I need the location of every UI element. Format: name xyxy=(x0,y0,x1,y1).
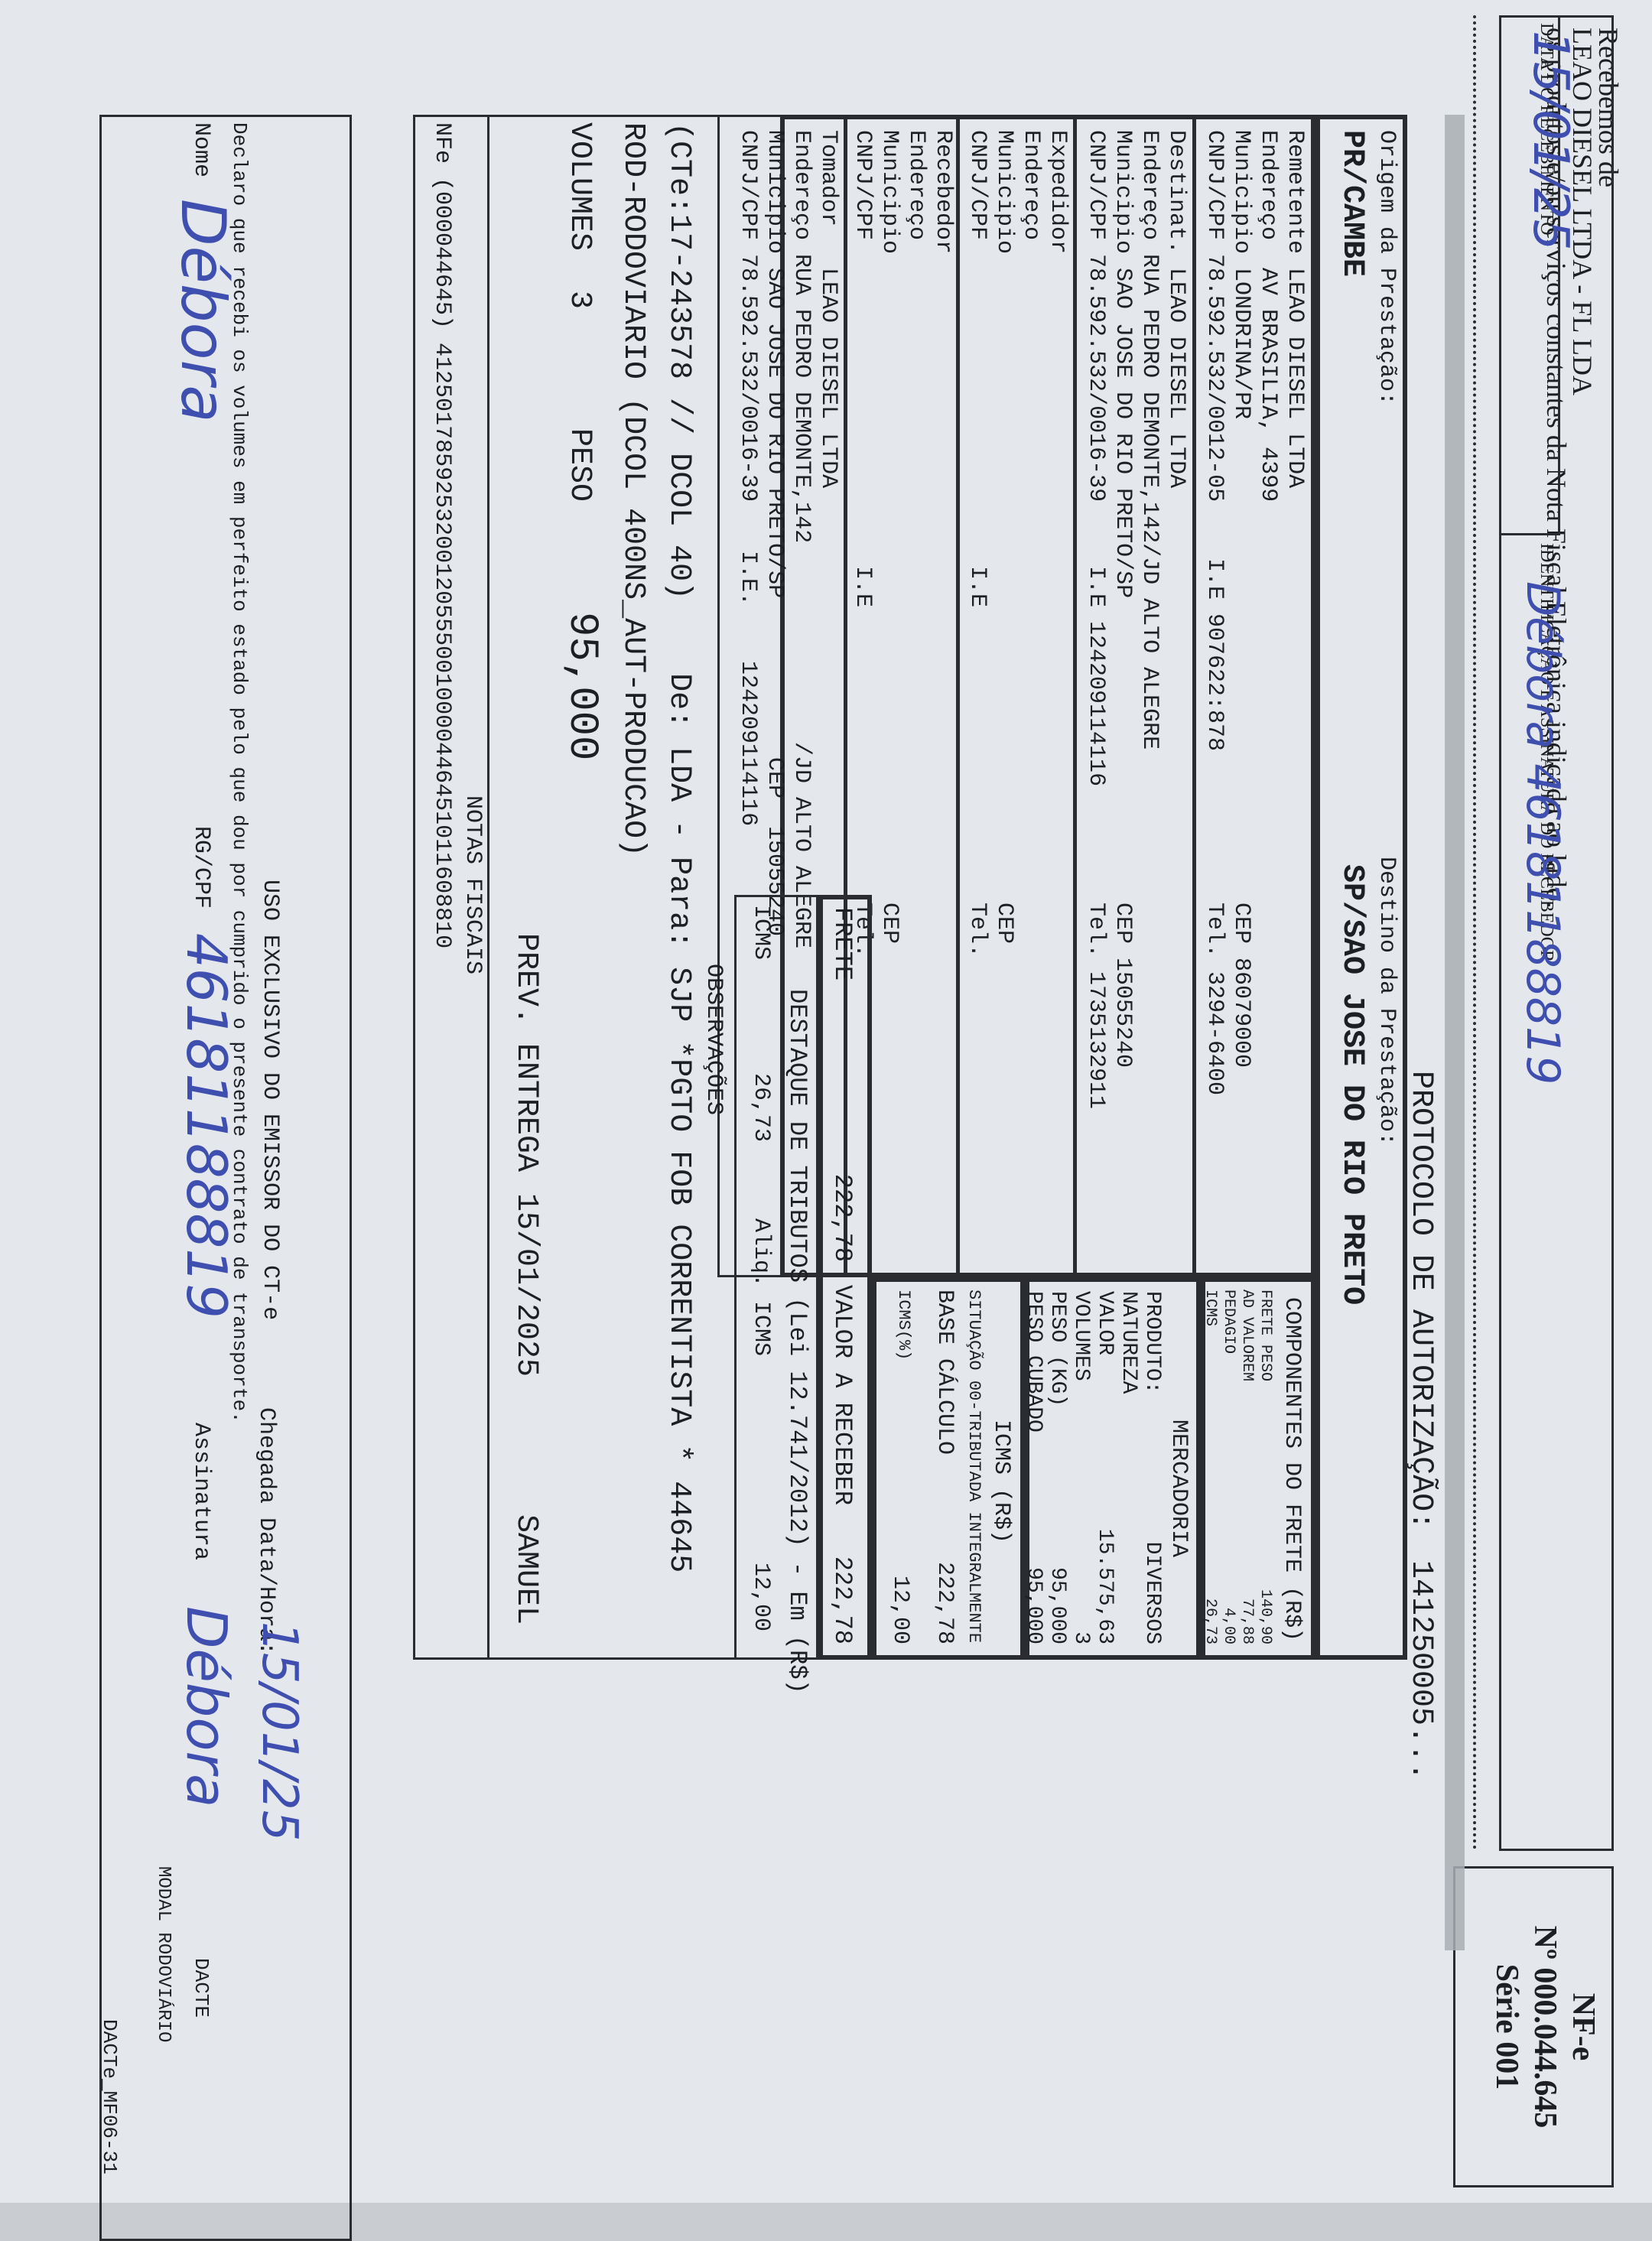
observations-line1: (CTe:17-243578 // DCOL 40) De: LDA - Par… xyxy=(661,122,696,1573)
recebedor-doc: CNPJ/CPF xyxy=(850,130,876,240)
recebedor-ie: I.E xyxy=(850,566,876,607)
merchandise-item: PESO (KG)95,000 xyxy=(1046,1291,1069,1644)
peso-value: 95,000 xyxy=(558,612,604,760)
destinatario-address: Endereço RUA PEDRO DEMONTE,142/JD ALTO A… xyxy=(1137,130,1163,750)
tomador-doc: CNPJ/CPF 78.592.532/0016-39 xyxy=(735,130,761,502)
freight-components-box: COMPONENTES DO FRETE (R$) FRETE PESO140,… xyxy=(1201,1277,1315,1660)
merchandise-box: MERCADORIA PRODUTO:DIVERSOSNATUREZAVALOR… xyxy=(1025,1277,1201,1660)
recebedor-cep: CEP xyxy=(876,903,902,944)
merchandise-item-value: 95,000 xyxy=(1046,1567,1069,1644)
driver-name: SAMUEL xyxy=(508,1514,543,1625)
icms-rate-value: 12,00 xyxy=(887,1576,913,1644)
freight-component-label: PEDAGIO xyxy=(1219,1290,1237,1354)
peso-label: PESO xyxy=(561,428,597,502)
merchandise-item: NATUREZA xyxy=(1117,1291,1140,1644)
merchandise-item: VALOR15.575,63 xyxy=(1093,1291,1117,1644)
freight-components-title: COMPONENTES DO FRETE (R$) xyxy=(1279,1297,1305,1641)
origin-value: PR/CAMBE xyxy=(1334,130,1369,277)
prev-entrega-value: 15/01/2025 xyxy=(508,1193,543,1377)
merchandise-item-label: PESO (KG) xyxy=(1046,1291,1069,1407)
prev-entrega-label: PREV. ENTREGA xyxy=(508,933,543,1172)
origin-label: Origem da Prestação: xyxy=(1374,130,1400,405)
header-protocol-label: PROTOCOLO DE AUTORIZAÇÃO: xyxy=(1403,1071,1438,1530)
destinatario-ie: I.E 124209114116 xyxy=(1083,566,1109,786)
remetente-ie: I.E 907622:878 xyxy=(1202,558,1228,751)
taxes-box: DESTAQUE DE TRIBUTOS (Lei 12.741/2012) -… xyxy=(734,895,818,1660)
freight-component-value: 140,90 xyxy=(1256,1589,1274,1644)
remetente-doc: CNPJ/CPF 78.592.532/0012-05 xyxy=(1202,130,1228,502)
merchandise-item-label: NATUREZA xyxy=(1117,1291,1140,1394)
nfe-number: Nº 000.044.645 xyxy=(1532,1869,1558,2185)
tomador-city: Municipio SAO JOSE DO RIO PRETO/SP xyxy=(762,130,788,598)
arrival-handwritten: 15/01/25 xyxy=(252,1621,306,1841)
merchandise-item-value: 3 xyxy=(1069,1631,1093,1644)
observations-line2: ROD-RODOVIARIO (DCOL 400NS_AUT-PRODUCAO) xyxy=(615,122,650,857)
dacte-document: Recebemos de LEAO DIESEL LTDA - FL LDA o… xyxy=(0,0,1652,2203)
form-code: DACTe_MF06-31 xyxy=(96,2019,122,2174)
merchandise-item-label: VOLUMES xyxy=(1069,1291,1093,1381)
destinatario-city: Municipio SAO JOSE DO RIO PRETO/SP xyxy=(1110,130,1136,598)
fold-crease xyxy=(1445,115,1465,1950)
recebedor-address: Endereço xyxy=(903,130,929,240)
taxes-icms-label: ICMS xyxy=(748,905,774,960)
remetente-city: Municipio LONDRINA/PR xyxy=(1228,130,1254,419)
name-handwritten: Débora xyxy=(168,199,237,422)
merchandise-list: PRODUTO:DIVERSOSNATUREZAVALOR15.575,63VO… xyxy=(1022,1291,1164,1644)
freight-component-label: FRETE PESO xyxy=(1256,1290,1274,1381)
icms-base-row: BASE CÁLCULO 222,78 xyxy=(932,1290,958,1644)
signature-handwritten: Débora xyxy=(176,1606,237,1807)
valor-receber-label: VALOR A RECEBER xyxy=(828,1285,857,1505)
destination-label: Destino da Prestação: xyxy=(1374,857,1400,1146)
remetente-cep: CEP 86079000 xyxy=(1228,903,1254,1068)
merchandise-item-value: DIVERSOS xyxy=(1140,1542,1164,1644)
remetente-address: Endereço AV BRASILIA, 4399 xyxy=(1255,130,1281,502)
icms-situation: SITUAÇÃO 00-TRIBUTADA INTEGRALMENTE xyxy=(964,1290,984,1643)
header-protocol-value: 141250005... xyxy=(1403,1560,1438,1781)
receipt-date-handwritten: 15/01/25 xyxy=(1533,31,1568,250)
expedidor-tel: Tel. xyxy=(964,903,990,958)
taxes-aliq-value: 12,00 xyxy=(748,1563,774,1631)
freight-component: AD VALOREM77,88 xyxy=(1237,1290,1256,1644)
merchandise-item-label: PESO CUBADO xyxy=(1022,1291,1046,1433)
observations-title: OBSERVAÇÕES xyxy=(701,964,727,1115)
volumes-value: 3 xyxy=(561,291,597,309)
remetente-row: Remetente LEAO DIESEL LTDA xyxy=(1282,130,1308,488)
tomador-address: Endereço RUA PEDRO DEMONTE,142 xyxy=(789,130,815,543)
rg-handwritten: 46181188819 xyxy=(176,933,237,1319)
remetente-tel: Tel. 3294-6400 xyxy=(1202,903,1228,1095)
name-label: Nome xyxy=(188,122,214,177)
freight-component-label: AD VALOREM xyxy=(1237,1290,1256,1381)
expedidor-ie: I.E xyxy=(964,566,990,607)
merchandise-item-label: PRODUTO: xyxy=(1140,1291,1164,1394)
freight-component-value: 77,88 xyxy=(1237,1599,1256,1644)
nfe-label: NF-e xyxy=(1570,1869,1596,2185)
merchandise-item-value: 15.575,63 xyxy=(1093,1529,1117,1644)
recebedor-row: Recebedor xyxy=(930,130,956,254)
merchandise-item: PESO CUBADO95,000 xyxy=(1022,1291,1046,1644)
expedidor-doc: CNPJ/CPF xyxy=(964,130,990,240)
tomador-row: Tomador LEAO DIESEL LTDA xyxy=(815,130,841,488)
valor-receber-value: 222,78 xyxy=(828,1556,857,1644)
tear-line xyxy=(1473,15,1476,1851)
merchandise-item: PRODUTO:DIVERSOS xyxy=(1140,1291,1164,1644)
freight-component: PEDAGIO4,00 xyxy=(1219,1290,1237,1644)
expedidor-city: Municipio xyxy=(991,130,1017,254)
emitter-use-title: USO EXCLUSIVO DO EMISSOR DO CT-e xyxy=(257,880,283,1320)
merchandise-item-value: 95,000 xyxy=(1022,1567,1046,1644)
expedidor-row: Expedidor xyxy=(1045,130,1071,254)
expedidor-cep: CEP xyxy=(991,903,1017,944)
nfe-series: Série 001 xyxy=(1494,1869,1520,2185)
expedidor-address: Endereço xyxy=(1018,130,1044,240)
freight-component-value: 4,00 xyxy=(1219,1608,1237,1644)
icms-title: ICMS (R$) xyxy=(988,1420,1014,1543)
freight-component-label: ICMS xyxy=(1201,1290,1219,1326)
freight-components-list: FRETE PESO140,90AD VALOREM77,88PEDAGIO4,… xyxy=(1201,1290,1274,1644)
icms-base-label: BASE CÁLCULO xyxy=(932,1290,958,1455)
taxes-title: DESTAQUE DE TRIBUTOS (Lei 12.741/2012) -… xyxy=(784,989,810,1694)
icms-rate-label: ICMS(%) xyxy=(887,1290,913,1360)
merchandise-title: MERCADORIA xyxy=(1166,1420,1192,1557)
nfe-box: NF-e Nº 000.044.645 Série 001 xyxy=(1453,1866,1614,2187)
frete-value: 222,78 xyxy=(828,1174,857,1262)
frete-label: FRETE xyxy=(828,907,857,981)
merchandise-item: VOLUMES3 xyxy=(1069,1291,1093,1644)
merchandise-item-label: VALOR xyxy=(1093,1291,1117,1355)
destinatario-cep: CEP 15055240 xyxy=(1110,903,1136,1068)
destination-value: SP/SAO JOSE DO RIO PRETO xyxy=(1334,864,1369,1305)
icms-base-value: 222,78 xyxy=(932,1562,958,1644)
frete-box: FRETE 222,78 xyxy=(818,895,872,1277)
icms-rate-row: ICMS(%) 12,00 xyxy=(887,1290,913,1644)
arrival-label: Chegada Data/Hora: xyxy=(253,1407,279,1655)
taxes-aliq-label: Aliq. ICMS xyxy=(748,1218,774,1356)
volumes-label: VOLUMES xyxy=(561,122,597,251)
icms-box: ICMS (R$) SITUAÇÃO 00-TRIBUTADA INTEGRAL… xyxy=(872,1277,1025,1660)
tomador-ie: I.E. 124209114116 xyxy=(735,551,761,826)
valor-receber-box: VALOR A RECEBER 222,78 xyxy=(818,1277,872,1660)
destinatario-row: Destinat. LEAO DIESEL LTDA xyxy=(1163,130,1189,488)
receipt-signature-handwritten: Débora 46181188819 xyxy=(1525,581,1560,1085)
freight-component-value: 26,73 xyxy=(1201,1599,1219,1644)
fiscal-notes-line: NFe (000044645) 412501785925320012055500… xyxy=(429,122,455,948)
fiscal-notes-title: NOTAS FISCAIS xyxy=(460,795,486,974)
taxes-icms-value: 26,73 xyxy=(748,1073,774,1142)
signature-label: Assinatura xyxy=(188,1423,214,1560)
destinatario-tel: Tel. 1735132911 xyxy=(1083,903,1109,1109)
freight-component: FRETE PESO140,90 xyxy=(1256,1290,1274,1644)
rg-label: RG/CPF xyxy=(188,826,214,909)
freight-component: ICMS26,73 xyxy=(1201,1290,1219,1644)
destinatario-doc: CNPJ/CPF 78.592.532/0016-39 xyxy=(1083,130,1109,502)
recebedor-city: Municipio xyxy=(876,130,902,254)
